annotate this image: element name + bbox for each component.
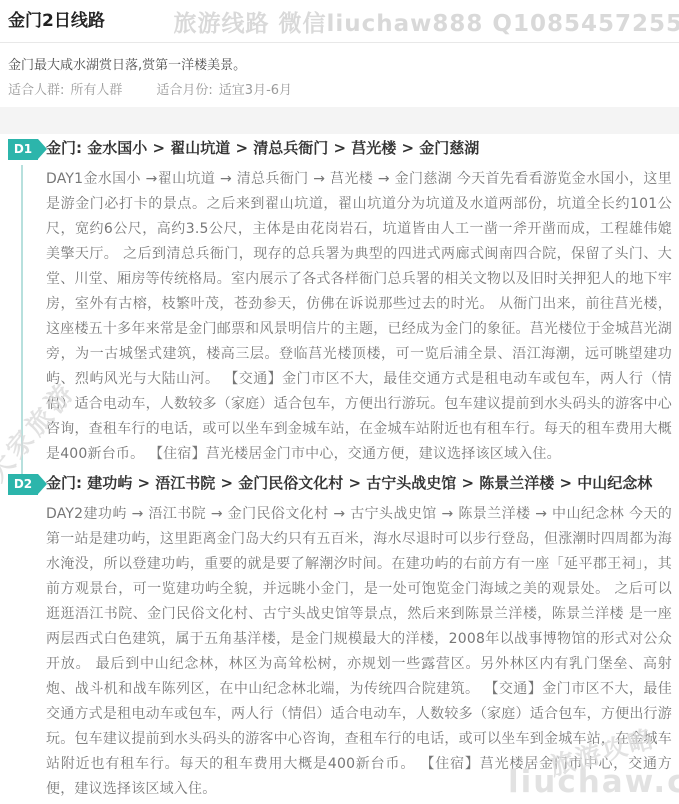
itinerary-page: 旅游线路 微信liuchaw888 Q1085457255 金门2日线路 金门最… xyxy=(0,0,679,804)
page-header: 旅游线路 微信liuchaw888 Q1085457255 金门2日线路 xyxy=(0,0,679,32)
header-divider xyxy=(0,42,679,43)
months-value: 适宜3月-6月 xyxy=(219,83,292,98)
section-divider-band xyxy=(0,107,679,134)
top-watermark: 旅游线路 微信liuchaw888 Q1085457255 xyxy=(173,5,679,38)
day-badge-d2: D2 xyxy=(8,474,38,495)
day-description-d2: DAY2建功屿 → 浯江书院 → 金门民俗文化村 → 古宁头战史馆 → 陈景兰洋… xyxy=(46,502,672,802)
day-description-d1: DAY1金水国小 →翟山坑道 → 清总兵衙门 → 莒光楼 → 金门慈湖 今天首先… xyxy=(46,167,672,467)
day-route-d2: 金门: 建功屿 > 浯江书院 > 金门民俗文化村 > 古宁头战史馆 > 陈景兰洋… xyxy=(46,473,672,494)
audience-value: 所有人群 xyxy=(70,83,122,98)
timeline-line-d1 xyxy=(21,165,23,476)
day-badge-d1: D1 xyxy=(8,139,38,160)
audience-label: 适合人群: xyxy=(8,83,64,98)
route-subtitle: 金门最大咸水湖赏日落,赏第一洋楼美景。 xyxy=(8,57,671,74)
day-section-1: D1 金门: 金水国小 > 翟山坑道 > 清总兵衙门 > 莒光楼 > 金门慈湖 … xyxy=(0,138,679,467)
meta-row: 适合人群:所有人群适合月份:适宜3月-6月 xyxy=(8,82,671,99)
day-route-d1: 金门: 金水国小 > 翟山坑道 > 清总兵衙门 > 莒光楼 > 金门慈湖 xyxy=(46,138,672,159)
months-label: 适合月份: xyxy=(156,83,212,98)
day-section-2: D2 金门: 建功屿 > 浯江书院 > 金门民俗文化村 > 古宁头战史馆 > 陈… xyxy=(0,473,679,802)
